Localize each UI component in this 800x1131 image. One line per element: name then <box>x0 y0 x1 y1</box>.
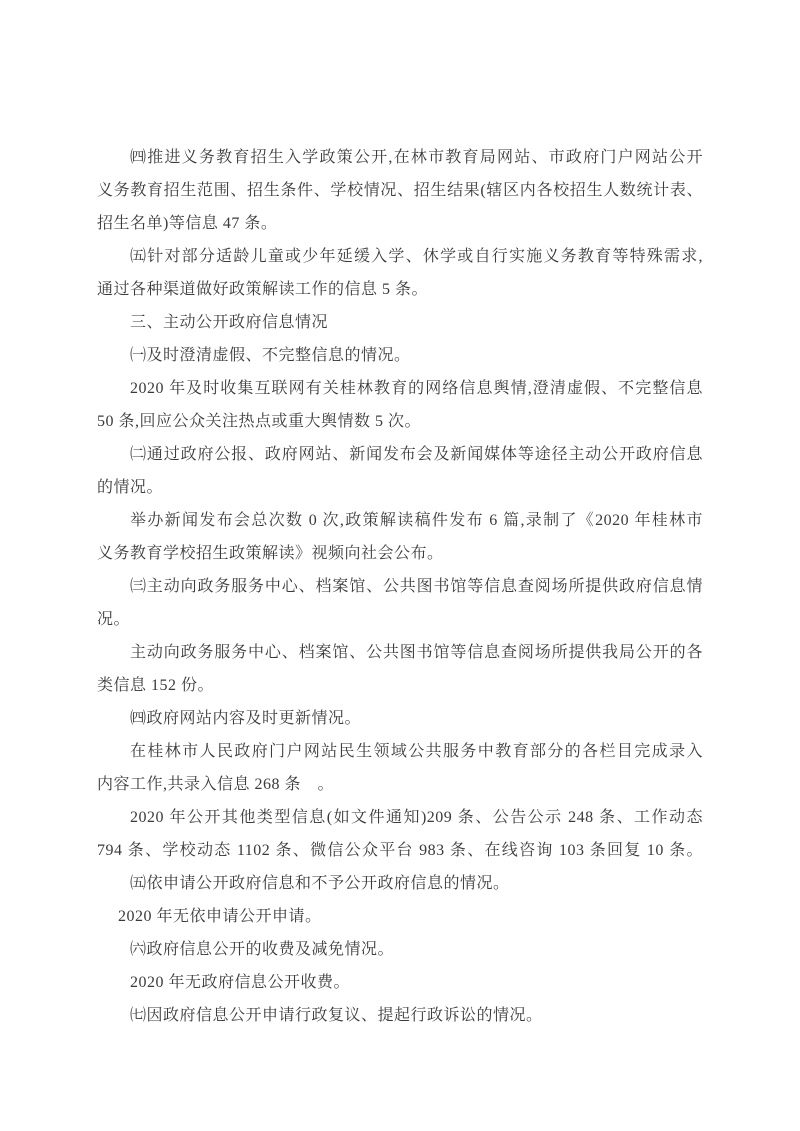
paragraph: 主动向政务服务中心、档案馆、公共图书馆等信息查阅场所提供我局公开的各类信息 15… <box>97 636 703 702</box>
paragraph: ㈢主动向政务服务中心、档案馆、公共图书馆等信息查阅场所提供政府信息情况。 <box>97 570 703 636</box>
text-line: 794 条、学校动态 1102 条、微信公众平台 983 条、在线咨询 103 … <box>97 834 703 867</box>
paragraph: ㈥政府信息公开的收费及减免情况。 <box>97 933 703 966</box>
paragraph: ㈣政府网站内容及时更新情况。 <box>97 702 703 735</box>
text-line: 内容工作,共录入信息 268 条 。 <box>97 768 703 801</box>
paragraph: 2020 年公开其他类型信息(如文件通知)209 条、公告公示 248 条、工作… <box>97 801 703 867</box>
document-page: ㈣推进义务教育招生入学政策公开,在林市教育局网站、市政府门户网站公开义务教育招生… <box>0 0 800 1131</box>
paragraph: ㈤针对部分适龄儿童或少年延缓入学、休学或自行实施义务教育等特殊需求,通过各种渠道… <box>97 240 703 306</box>
paragraph: ㈦因政府信息公开申请行政复议、提起行政诉讼的情况。 <box>97 999 703 1032</box>
text-line: ㈤依申请公开政府信息和不予公开政府信息的情况。 <box>97 867 703 900</box>
text-line: 通过各种渠道做好政策解读工作的信息 5 条。 <box>97 273 703 306</box>
text-line: 2020 年无依申请公开申请。 <box>97 900 703 933</box>
text-line: 类信息 152 份。 <box>97 669 703 702</box>
paragraph: ㈤依申请公开政府信息和不予公开政府信息的情况。 <box>97 867 703 900</box>
text-line: ㈣推进义务教育招生入学政策公开,在林市教育局网站、市政府门户网站公开 <box>97 141 703 174</box>
text-line: 举办新闻发布会总次数 0 次,政策解读稿件发布 6 篇,录制了《2020 年桂林… <box>97 504 703 537</box>
paragraph: 举办新闻发布会总次数 0 次,政策解读稿件发布 6 篇,录制了《2020 年桂林… <box>97 504 703 570</box>
text-line: 50 条,回应公众关注热点或重大舆情数 5 次。 <box>97 405 703 438</box>
text-line: 在桂林市人民政府门户网站民生领域公共服务中教育部分的各栏目完成录入 <box>97 735 703 768</box>
text-line: ㈢主动向政务服务中心、档案馆、公共图书馆等信息查阅场所提供政府信息情 <box>97 570 703 603</box>
text-line: ㈤针对部分适龄儿童或少年延缓入学、休学或自行实施义务教育等特殊需求, <box>97 240 703 273</box>
text-line: ㈥政府信息公开的收费及减免情况。 <box>97 933 703 966</box>
text-line: 义务教育招生范围、招生条件、学校情况、招生结果(辖区内各校招生人数统计表、 <box>97 174 703 207</box>
text-line: 的情况。 <box>97 471 703 504</box>
text-line: 三、主动公开政府信息情况 <box>97 306 703 339</box>
text-line: ㈠及时澄清虚假、不完整信息的情况。 <box>97 339 703 372</box>
text-line: 义务教育学校招生政策解读》视频向社会公布。 <box>97 537 703 570</box>
section-heading: 三、主动公开政府信息情况 <box>97 306 703 339</box>
text-line: 2020 年无政府信息公开收费。 <box>97 966 703 999</box>
paragraph: 2020 年及时收集互联网有关桂林教育的网络信息舆情,澄清虚假、不完整信息50 … <box>97 372 703 438</box>
text-line: ㈦因政府信息公开申请行政复议、提起行政诉讼的情况。 <box>97 999 703 1032</box>
text-line: 2020 年及时收集互联网有关桂林教育的网络信息舆情,澄清虚假、不完整信息 <box>97 372 703 405</box>
paragraph: 2020 年无政府信息公开收费。 <box>97 966 703 999</box>
text-line: ㈣政府网站内容及时更新情况。 <box>97 702 703 735</box>
paragraph: ㈠及时澄清虚假、不完整信息的情况。 <box>97 339 703 372</box>
text-line: 主动向政务服务中心、档案馆、公共图书馆等信息查阅场所提供我局公开的各 <box>97 636 703 669</box>
text-line: 况。 <box>97 603 703 636</box>
text-line: ㈡通过政府公报、政府网站、新闻发布会及新闻媒体等途径主动公开政府信息 <box>97 438 703 471</box>
document-body: ㈣推进义务教育招生入学政策公开,在林市教育局网站、市政府门户网站公开义务教育招生… <box>97 141 703 1032</box>
text-line: 2020 年公开其他类型信息(如文件通知)209 条、公告公示 248 条、工作… <box>97 801 703 834</box>
paragraph: 2020 年无依申请公开申请。 <box>97 900 703 933</box>
paragraph: ㈡通过政府公报、政府网站、新闻发布会及新闻媒体等途径主动公开政府信息的情况。 <box>97 438 703 504</box>
text-line: 招生名单)等信息 47 条。 <box>97 207 703 240</box>
paragraph: 在桂林市人民政府门户网站民生领域公共服务中教育部分的各栏目完成录入内容工作,共录… <box>97 735 703 801</box>
paragraph: ㈣推进义务教育招生入学政策公开,在林市教育局网站、市政府门户网站公开义务教育招生… <box>97 141 703 240</box>
